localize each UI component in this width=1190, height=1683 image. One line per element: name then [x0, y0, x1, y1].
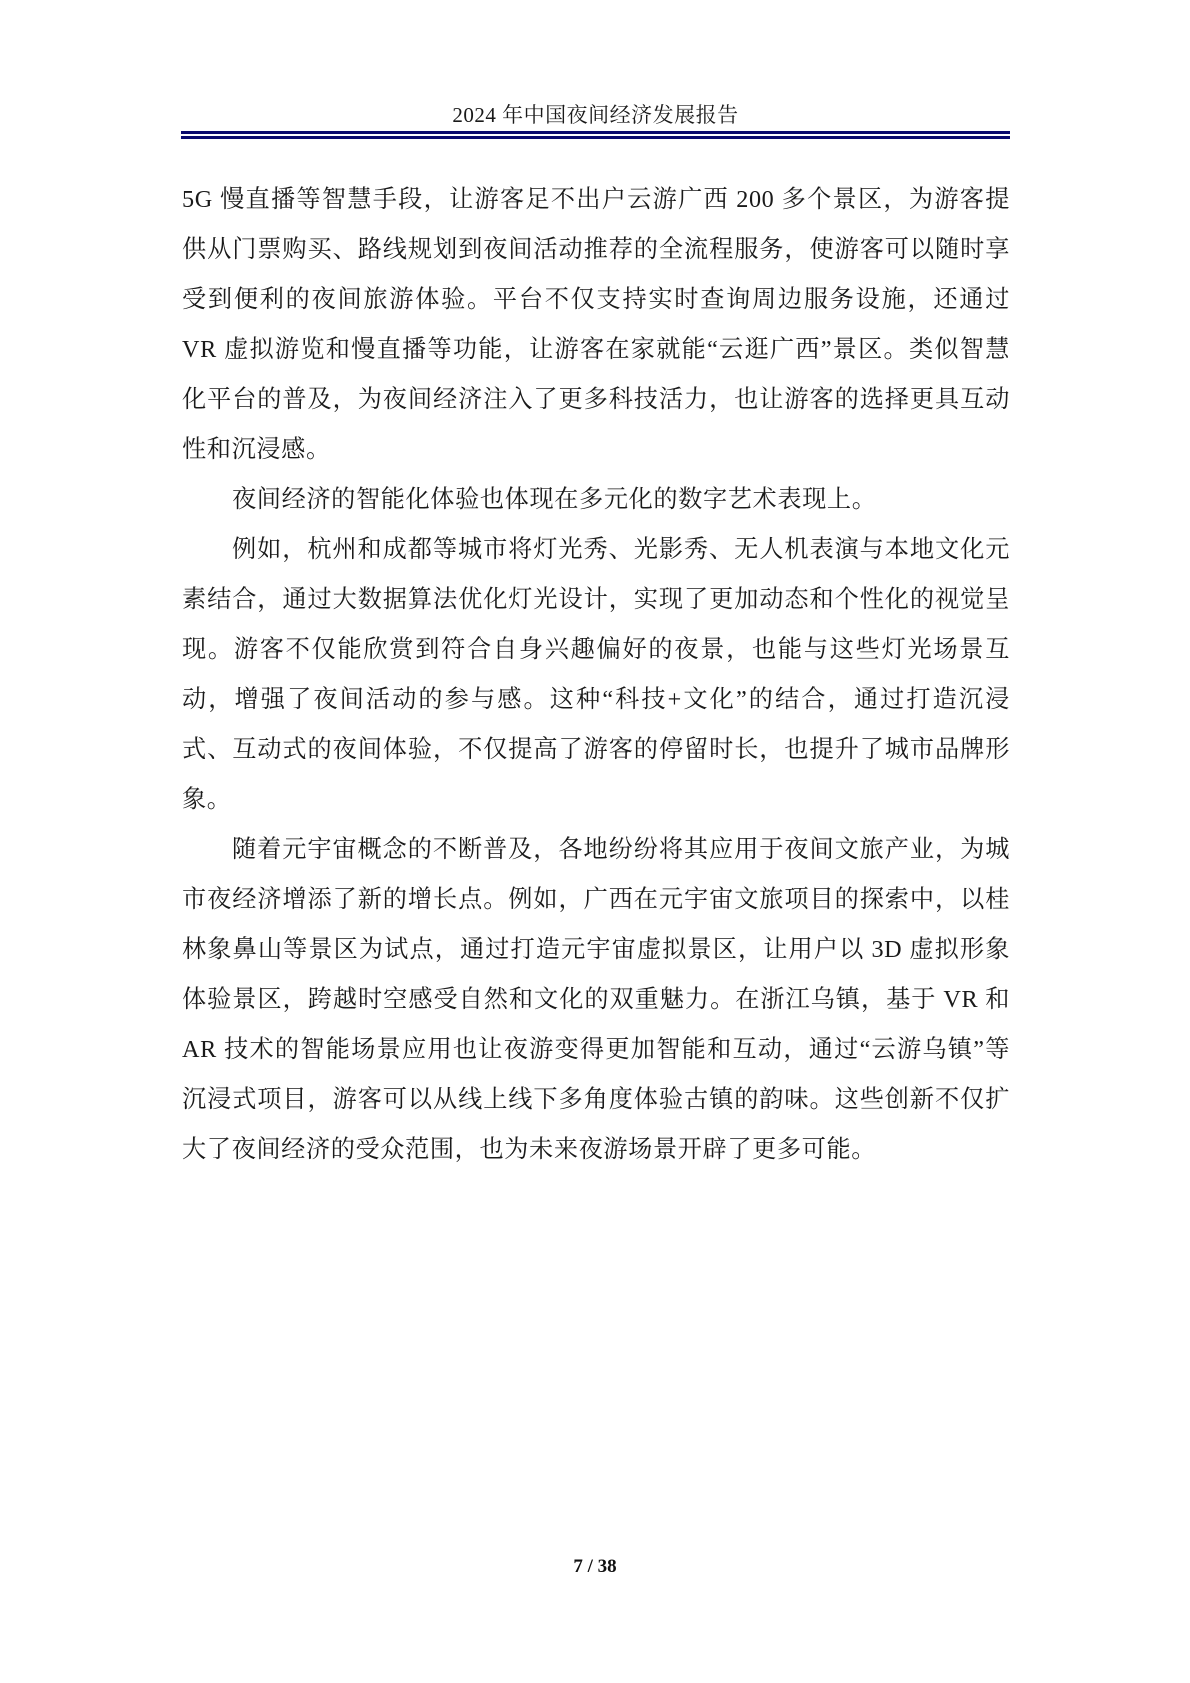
page-number: 7 / 38	[573, 1556, 616, 1577]
header-rule-top	[181, 131, 1010, 134]
body-text: 5G 慢直播等智慧手段，让游客足不出户云游广西 200 多个景区，为游客提供从门…	[182, 175, 1010, 1175]
header-rule-bottom	[181, 136, 1010, 139]
document-title: 2024 年中国夜间经济发展报告	[181, 102, 1010, 128]
paragraph-metaverse: 随着元宇宙概念的不断普及，各地纷纷将其应用于夜间文旅产业，为城市夜经济增添了新的…	[182, 825, 1010, 1175]
page-footer: 7 / 38	[0, 1556, 1190, 1578]
paragraph-light-show-example: 例如，杭州和成都等城市将灯光秀、光影秀、无人机表演与本地文化元素结合，通过大数据…	[182, 525, 1010, 825]
paragraph-smart-tourism: 5G 慢直播等智慧手段，让游客足不出户云游广西 200 多个景区，为游客提供从门…	[182, 175, 1010, 475]
paragraph-digital-art-intro: 夜间经济的智能化体验也体现在多元化的数字艺术表现上。	[182, 475, 1010, 525]
page-header: 2024 年中国夜间经济发展报告	[181, 100, 1010, 140]
